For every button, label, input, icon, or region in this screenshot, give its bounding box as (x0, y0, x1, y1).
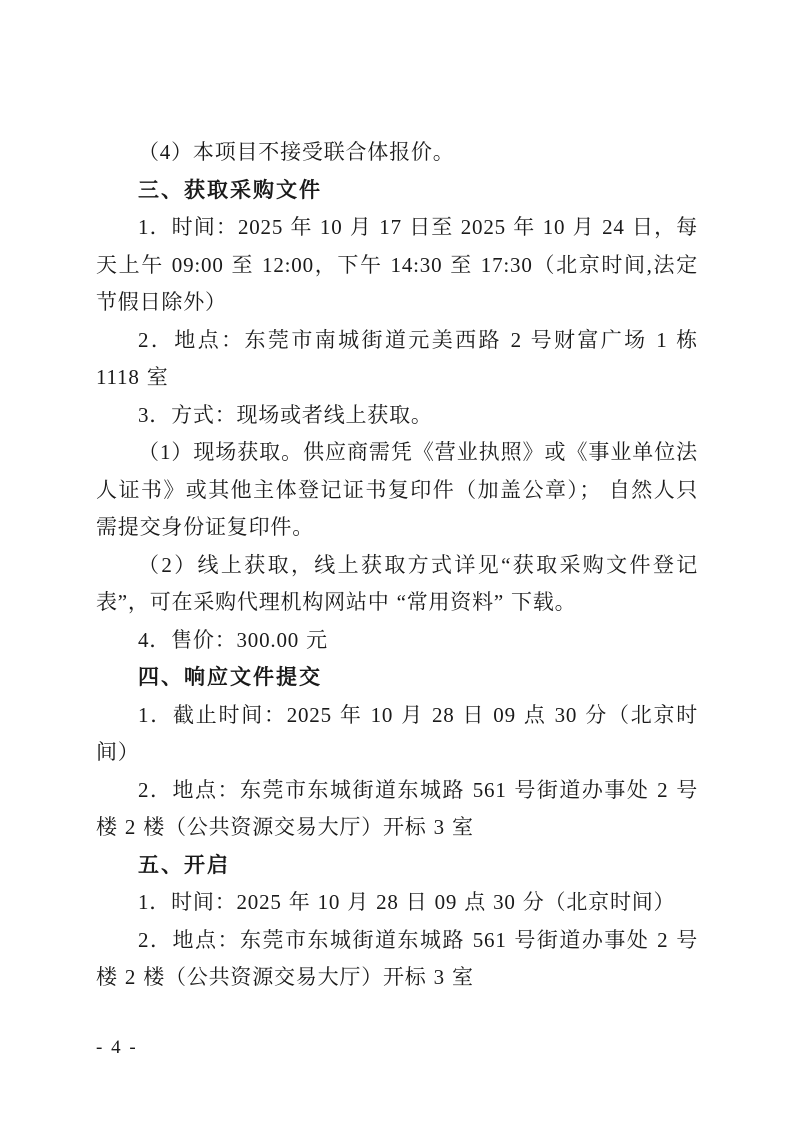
paragraph-opening-location: 2．地点：东莞市东城街道东城路 561 号街道办事处 2 号楼 2 楼（公共资源… (96, 922, 698, 997)
paragraph-opening-time: 1．时间：2025 年 10 月 28 日 09 点 30 分（北京时间） (96, 884, 698, 922)
paragraph-obtain-time: 1．时间：2025 年 10 月 17 日至 2025 年 10 月 24 日，… (96, 209, 698, 322)
heading-section-4-response-submission: 四、响应文件提交 (96, 659, 698, 697)
page-number: - 4 - (96, 1036, 138, 1060)
paragraph-obtain-method: 3．方式：现场或者线上获取。 (96, 397, 698, 435)
paragraph-obtain-location: 2．地点：东莞市南城街道元美西路 2 号财富广场 1 栋 1118 室 (96, 322, 698, 397)
paragraph-document-price: 4．售价：300.00 元 (96, 622, 698, 660)
heading-section-5-opening: 五、开启 (96, 847, 698, 885)
paragraph-online-obtain: （2）线上获取，线上获取方式详见“获取采购文件登记表”，可在采购代理机构网站中 … (96, 547, 698, 622)
paragraph-submission-location: 2．地点：东莞市东城街道东城路 561 号街道办事处 2 号楼 2 楼（公共资源… (96, 772, 698, 847)
heading-section-3-obtain-documents: 三、获取采购文件 (96, 172, 698, 210)
paragraph-submission-deadline: 1．截止时间：2025 年 10 月 28 日 09 点 30 分（北京时间） (96, 697, 698, 772)
document-page: （4）本项目不接受联合体报价。 三、获取采购文件 1．时间：2025 年 10 … (0, 0, 793, 1122)
document-body: （4）本项目不接受联合体报价。 三、获取采购文件 1．时间：2025 年 10 … (96, 134, 698, 997)
paragraph-no-consortium: （4）本项目不接受联合体报价。 (96, 134, 698, 172)
paragraph-onsite-obtain: （1）现场获取。供应商需凭《营业执照》或《事业单位法人证书》或其他主体登记证书复… (96, 434, 698, 547)
